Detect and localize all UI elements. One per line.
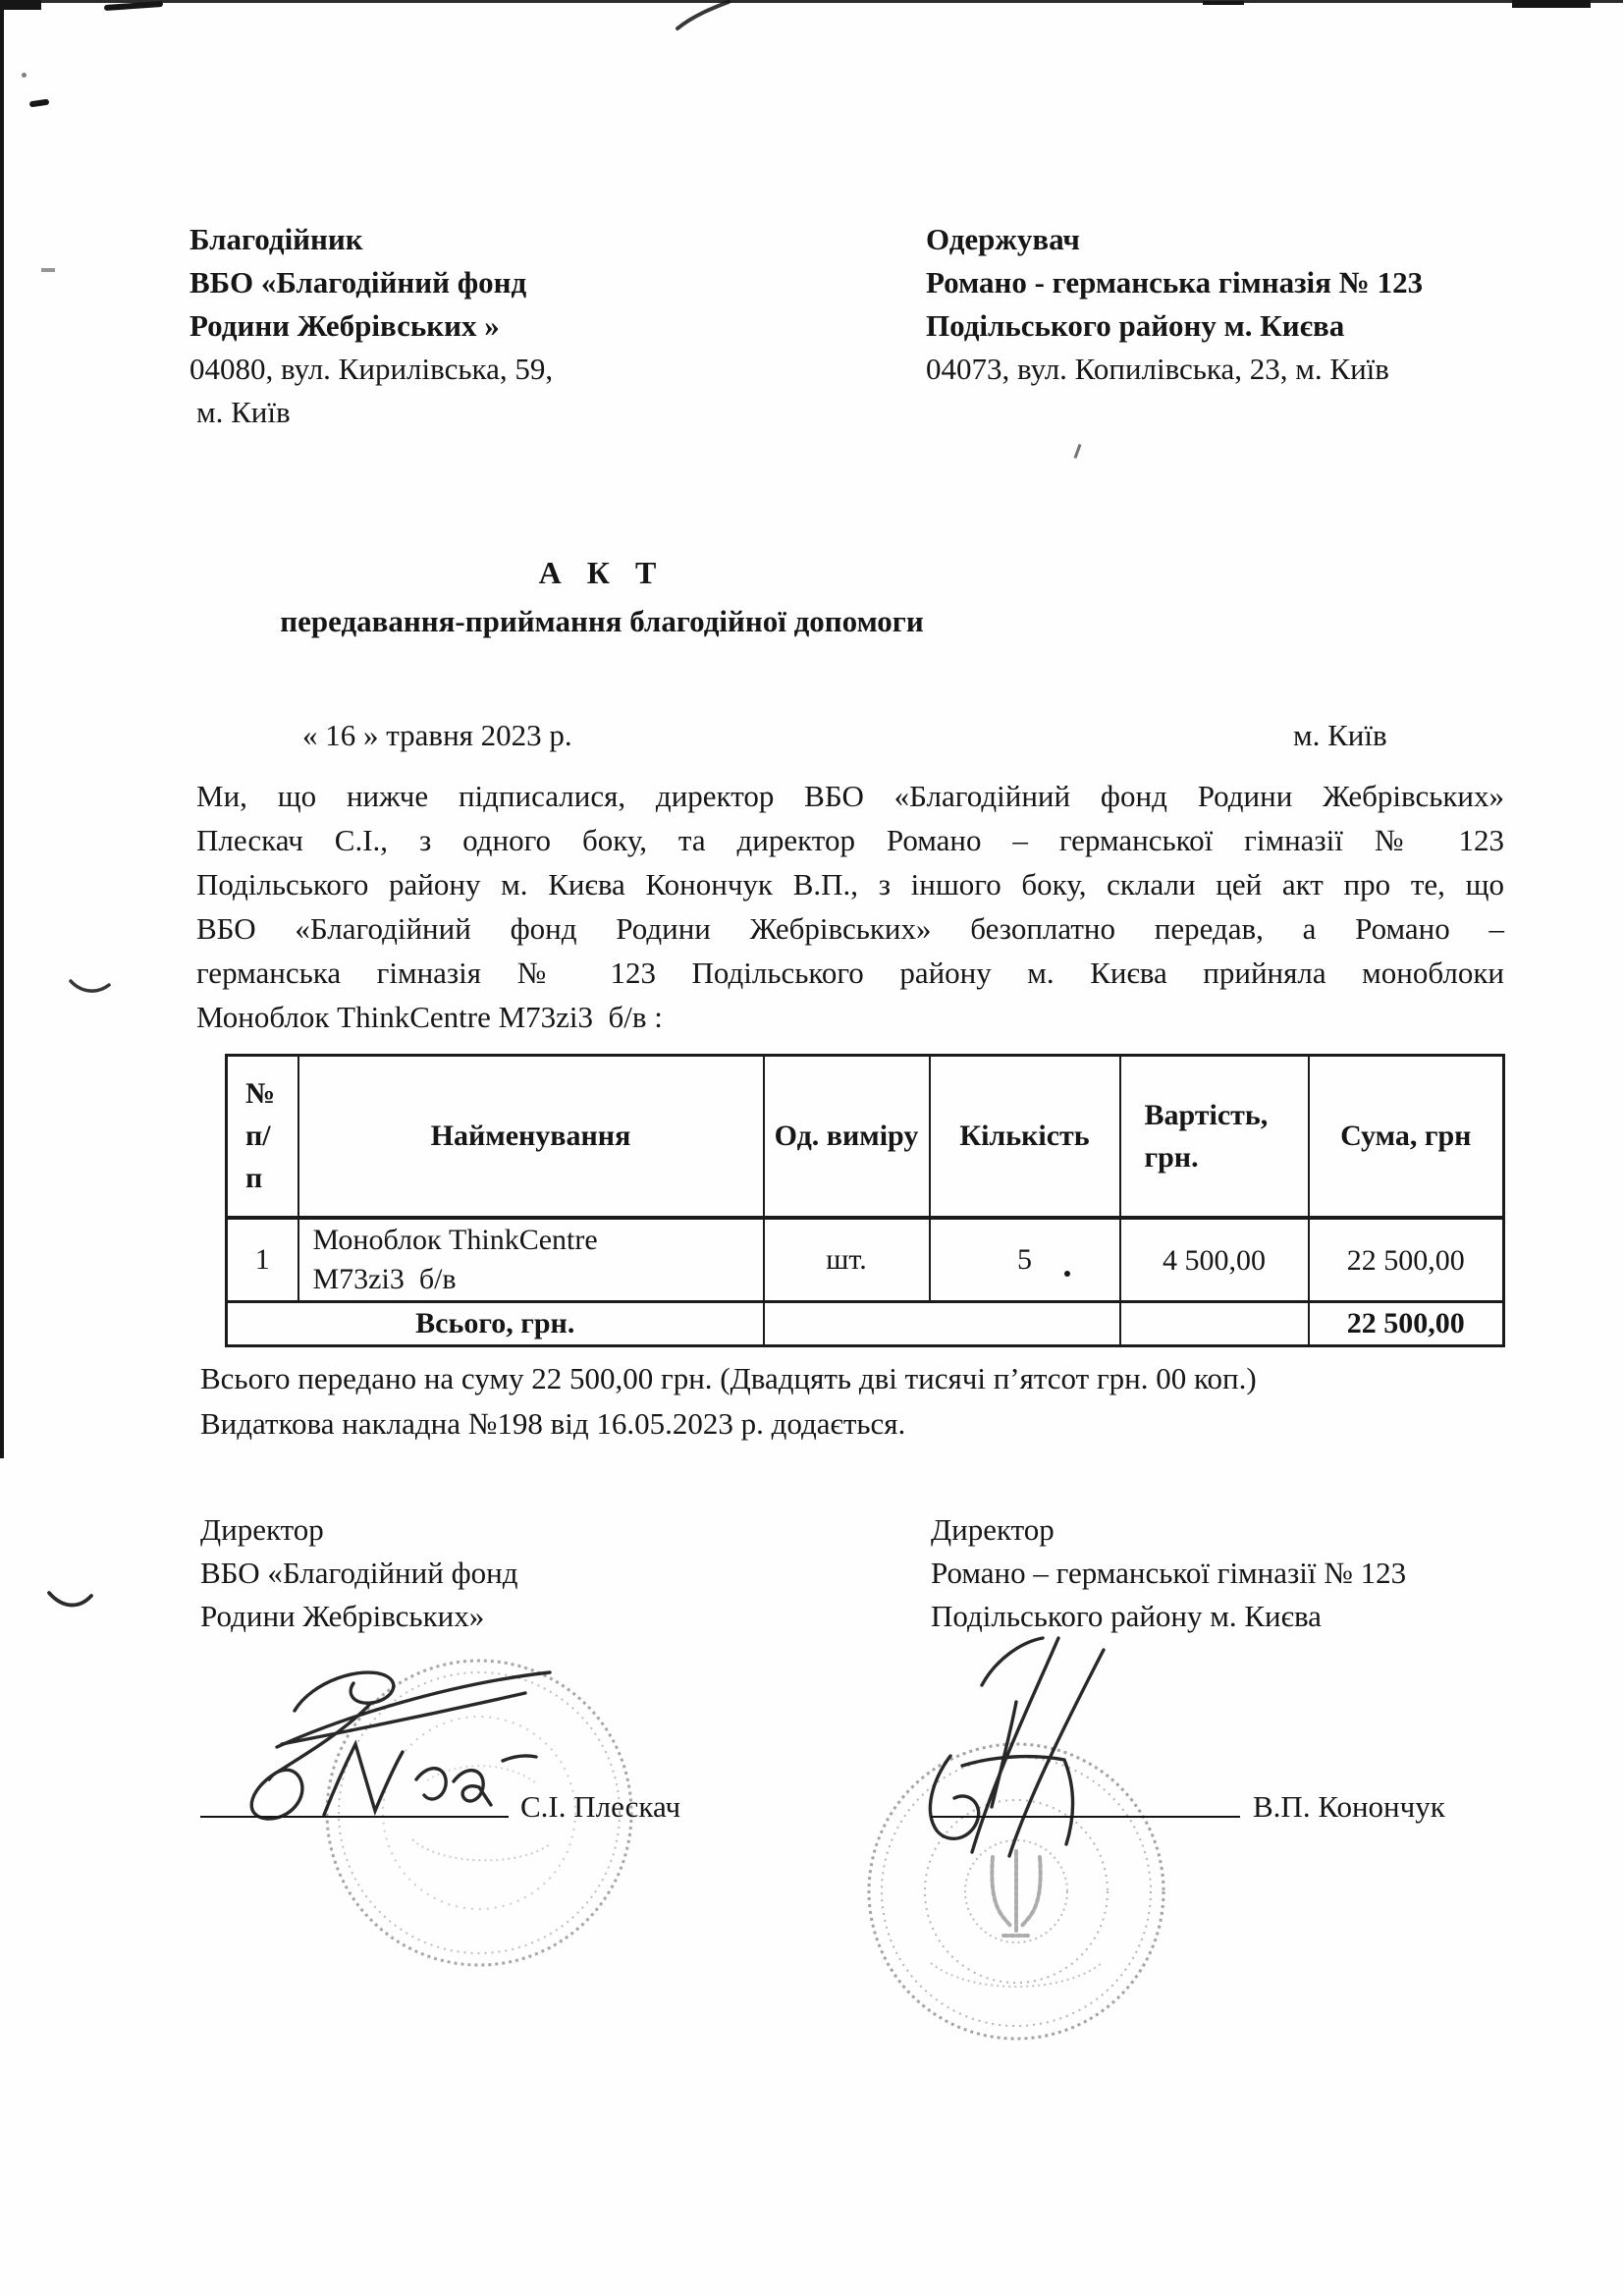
document-subtitle: передавання-приймання благодійної допомо…: [0, 597, 1289, 646]
signatory-left-title-line3: Родини Жебрівських»: [200, 1595, 518, 1638]
benefactor-label: Благодійник: [189, 218, 553, 261]
recipient-address-line1: 04073, вул. Копилівська, 23, м. Київ: [926, 348, 1423, 391]
scan-artifact-small-curl: [29, 99, 50, 108]
document-title-block: А К Т передавання-приймання благодійної …: [0, 548, 1289, 646]
body-paragraph: Ми, що нижче підписалися, директор ВБО «…: [196, 774, 1504, 1039]
scan-artifact-top-edge-line: [0, 0, 1623, 3]
scan-artifact-left-edge-line: [0, 0, 4, 1458]
document-place: м. Київ: [1293, 718, 1387, 753]
col-header-number: № п/п: [227, 1056, 298, 1218]
recipient-name-line1: Романо - германська гімназія № 123: [926, 261, 1423, 304]
body-line: Подільського району м. Києва Конончук В.…: [196, 862, 1504, 906]
scan-artifact-faint-dash: [41, 268, 55, 272]
scan-artifact-tick: [1074, 444, 1082, 459]
table-total-row: Всього, грн. 22 500,00: [227, 1301, 1504, 1345]
benefactor-name-line2: Родини Жебрівських »: [189, 304, 553, 348]
total-empty-cell: [1120, 1301, 1309, 1345]
cell-number: 1: [227, 1218, 298, 1302]
body-line: ВБО «Благодійний фонд Родини Жебрівських…: [196, 906, 1504, 951]
col-header-name: Найменування: [298, 1056, 764, 1218]
total-sum: 22 500,00: [1309, 1301, 1504, 1345]
cell-sum: 22 500,00: [1309, 1218, 1504, 1302]
table-row: 1 Моноблок ThinkCentre M73zi3 б/в шт. 5 …: [227, 1218, 1504, 1302]
scan-artifact-left-swoosh-2: [47, 1585, 94, 1613]
benefactor-block: Благодійник ВБО «Благодійний фонд Родини…: [189, 218, 553, 434]
scanned-document-page: Благодійник ВБО «Благодійний фонд Родини…: [0, 0, 1623, 2296]
scan-artifact-top-dash: [1203, 1, 1244, 5]
col-header-quantity: Кількість: [930, 1056, 1120, 1218]
body-line: Ми, що нижче підписалися, директор ВБО «…: [196, 774, 1504, 818]
handwritten-signature-right: [884, 1620, 1159, 1866]
signatory-right-title-line2: Романо – германської гімназії № 123: [931, 1552, 1406, 1595]
benefactor-address-line1: 04080, вул. Кирилівська, 59,: [189, 348, 553, 391]
signatory-left-block: Директор ВБО «Благодійний фонд Родини Же…: [200, 1508, 518, 1638]
scan-artifact-top-hook: [674, 0, 734, 31]
signatory-left-title-line1: Директор: [200, 1508, 518, 1552]
cell-quantity: 5: [930, 1218, 1120, 1302]
document-date: « 16 » травня 2023 р.: [302, 718, 572, 753]
cell-unit: шт.: [764, 1218, 930, 1302]
scan-artifact-speck: [22, 73, 27, 78]
total-empty-cell: [764, 1301, 1120, 1345]
scan-artifact-top-right-blob: [1512, 0, 1591, 8]
benefactor-name-line1: ВБО «Благодійний фонд: [189, 261, 553, 304]
signer-name-left: С.І. Плескач: [520, 1789, 680, 1825]
goods-table: № п/п Найменування Од. виміру Кількість …: [225, 1054, 1505, 1347]
col-header-sum: Сума, грн: [1309, 1056, 1504, 1218]
signatory-left-title-line2: ВБО «Благодійний фонд: [200, 1552, 518, 1595]
benefactor-address-line2: м. Київ: [189, 391, 553, 434]
document-title: А К Т: [0, 548, 1289, 597]
summary-amount-line: Всього передано на суму 22 500,00 грн. (…: [200, 1356, 1257, 1401]
col-header-unit: Од. виміру: [764, 1056, 930, 1218]
col-header-price: Вартість, грн.: [1120, 1056, 1309, 1218]
signatory-right-block: Директор Романо – германської гімназії №…: [931, 1508, 1406, 1638]
recipient-block: Одержувач Романо - германська гімназія №…: [926, 218, 1423, 391]
body-line: Плескач С.І., з одного боку, та директор…: [196, 818, 1504, 862]
summary-invoice-line: Видаткова накладна №198 від 16.05.2023 р…: [200, 1401, 905, 1447]
signer-name-right: В.П. Конончук: [1253, 1789, 1445, 1825]
table-header-row: № п/п Найменування Од. виміру Кількість …: [227, 1056, 1504, 1218]
total-label: Всього, грн.: [227, 1301, 764, 1345]
recipient-label: Одержувач: [926, 218, 1423, 261]
recipient-name-line2: Подільського району м. Києва: [926, 304, 1423, 348]
handwritten-signature-left: [226, 1650, 560, 1836]
body-line: Моноблок ThinkCentre M73zi3 б/в :: [196, 995, 1504, 1039]
body-line: германська гімназія № 123 Подільського р…: [196, 951, 1504, 995]
cell-price: 4 500,00: [1120, 1218, 1309, 1302]
scan-artifact-left-swoosh-1: [69, 976, 112, 998]
signatory-right-title-line1: Директор: [931, 1508, 1406, 1552]
scan-artifact-top-left-blob: [0, 0, 41, 10]
cell-name: Моноблок ThinkCentre M73zi3 б/в: [298, 1218, 764, 1302]
